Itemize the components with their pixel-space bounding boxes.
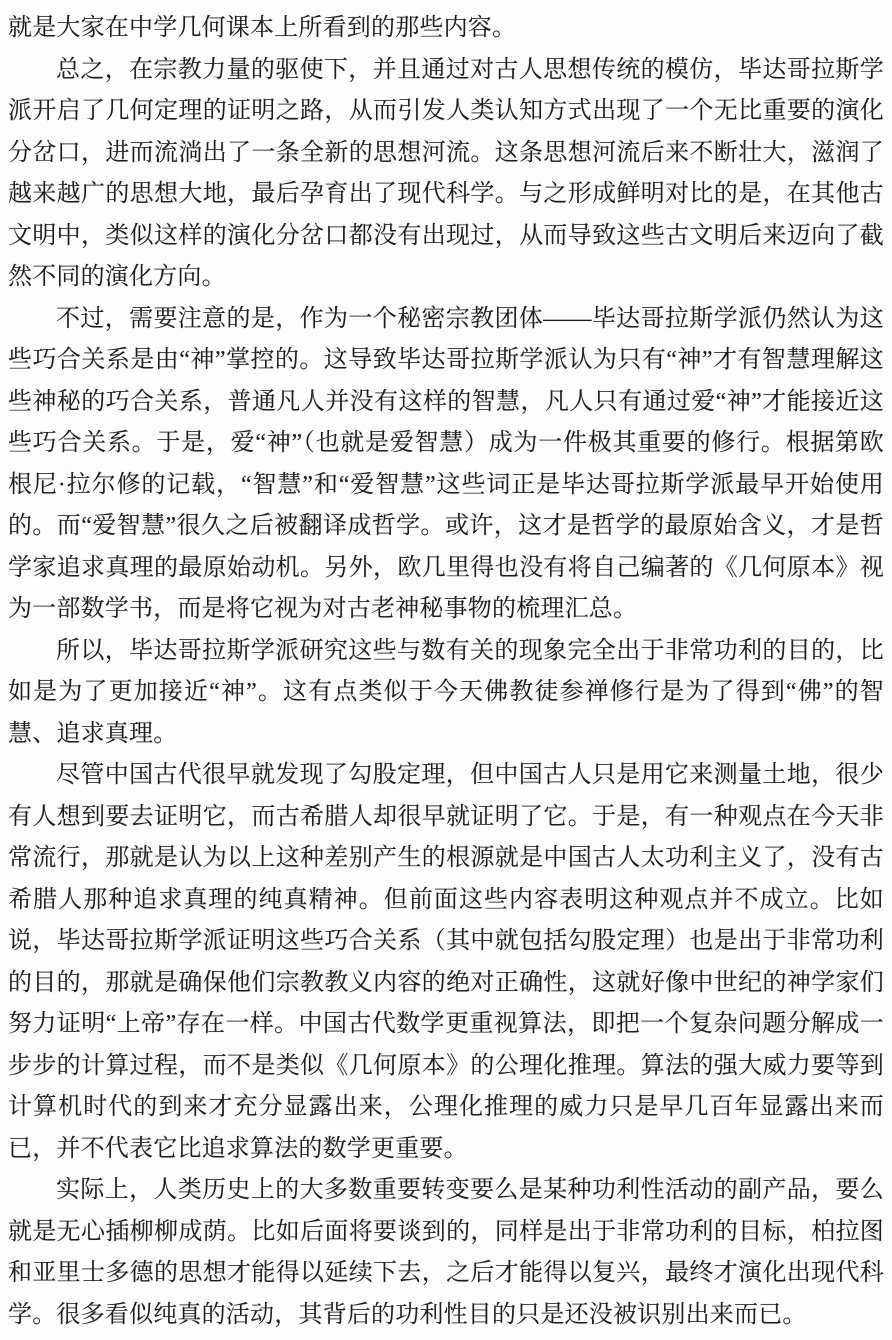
book-page: 就是大家在中学几何课本上所看到的那些内容。 总之，在宗教力量的驱使下，并且通过对… [0, 0, 892, 1340]
paragraph-secret-religious-group: 不过，需要注意的是，作为一个秘密宗教团体——毕达哥拉斯学派仍然认为这些巧合关系是… [8, 299, 884, 631]
paragraph-china-pythagorean-comparison: 尽管中国古代很早就发现了勾股定理，但中国古人只是用它来测量土地，很少有人想到要去… [8, 755, 884, 1170]
paragraph-continuation: 就是大家在中学几何课本上所看到的那些内容。 [8, 8, 884, 50]
paragraph-historical-transformations: 实际上，人类历史上的大多数重要转变要么是某种功利性活动的副产品，要么就是无心插柳… [8, 1170, 884, 1336]
paragraph-evolution-fork: 总之，在宗教力量的驱使下，并且通过对古人思想传统的模仿，毕达哥拉斯学派开启了几何… [8, 50, 884, 299]
paragraph-utilitarian-purpose: 所以，毕达哥拉斯学派研究这些与数有关的现象完全出于非常功利的目的，比如是为了更加… [8, 631, 884, 756]
